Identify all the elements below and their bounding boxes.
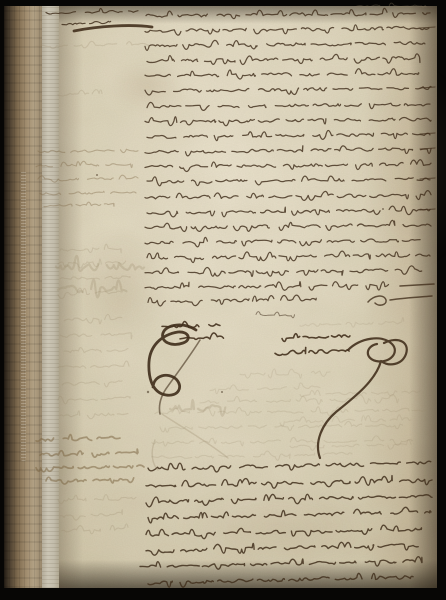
scanned-manuscript-photo bbox=[0, 0, 446, 600]
paper-grain bbox=[59, 6, 437, 588]
handwriting-layer bbox=[0, 0, 446, 600]
